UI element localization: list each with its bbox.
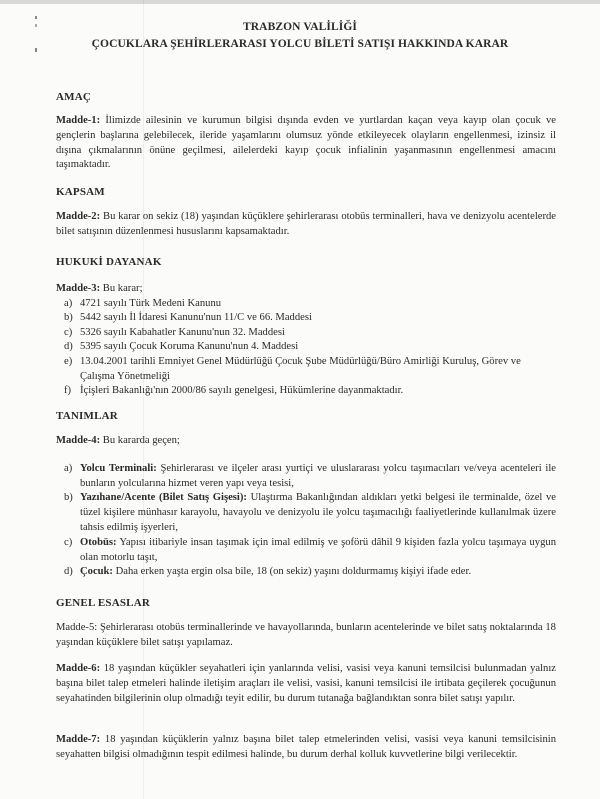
article-3: Madde-3: Bu karar; a)4721 sayılı Türk Me…	[56, 282, 556, 399]
article-label: Madde-1:	[56, 115, 100, 126]
article-label: Madde-2:	[56, 211, 100, 222]
legal-basis-item: c)5326 sayılı Kabahatler Kanunu'nun 32. …	[56, 326, 556, 341]
list-marker: b)	[64, 491, 73, 506]
list-marker: c)	[64, 536, 72, 551]
article-text: 18 yaşından küçüklerin yalnız başına bil…	[56, 734, 556, 760]
list-text: 5395 sayılı Çocuk Koruma Kanunu'nun 4. M…	[80, 341, 298, 352]
list-marker: a)	[64, 462, 72, 477]
legal-basis-item: b)5442 sayılı İl İdaresi Kanunu'nun 11/C…	[56, 311, 556, 326]
list-marker: a)	[64, 297, 72, 312]
document-issuer: TRABZON VALİLİĞİ	[0, 21, 600, 33]
article-intro: Bu karar;	[103, 283, 143, 294]
definition-term: Çocuk:	[80, 566, 113, 577]
section-heading-hukuki-dayanak: HUKUKİ DAYANAK	[56, 256, 162, 268]
list-text: 4721 sayılı Türk Medeni Kanunu	[80, 298, 221, 309]
margin-mark	[35, 16, 37, 19]
article-label: Madde-4:	[56, 435, 100, 446]
list-marker: d)	[64, 565, 73, 580]
legal-basis-item: f)İçişleri Bakanlığı'nın 2000/86 sayılı …	[56, 384, 556, 399]
definition-text: Yapısı itibariyle insan taşımak için ima…	[80, 537, 556, 563]
article-text: İlimizde ailesinin ve kurumun bilgisi dı…	[56, 115, 556, 170]
list-text: İçişleri Bakanlığı'nın 2000/86 sayılı ge…	[80, 385, 403, 396]
list-text: 5326 sayılı Kabahatler Kanunu'nun 32. Ma…	[80, 327, 285, 338]
article-text: Şehirlerarası otobüs terminallerinde ve …	[56, 622, 556, 648]
list-marker: d)	[64, 340, 73, 355]
article-label: Madde-5:	[56, 622, 97, 633]
definition-item: b)Yazıhane/Acente (Bilet Satış Gişesi): …	[56, 491, 556, 535]
article-1: Madde-1: İlimizde ailesinin ve kurumun b…	[56, 114, 556, 173]
definition-item: c)Otobüs: Yapısı itibariyle insan taşıma…	[56, 536, 556, 566]
article-2: Madde-2: Bu karar on sekiz (18) yaşından…	[56, 210, 556, 240]
definition-item: d)Çocuk: Daha erken yaşta ergin olsa bil…	[56, 565, 556, 580]
document-title: ÇOCUKLARA ŞEHİRLERARASI YOLCU BİLETİ SAT…	[20, 38, 580, 50]
section-heading-kapsam: KAPSAM	[56, 186, 105, 198]
definition-term: Yolcu Terminali:	[80, 463, 157, 474]
article-label: Madde-7:	[56, 734, 100, 745]
definition-item: a)Yolcu Terminali: Şehirlerarası ve ilçe…	[56, 462, 556, 492]
section-heading-genel-esaslar: GENEL ESASLAR	[56, 597, 150, 609]
article-5: Madde-5: Şehirlerarası otobüs terminalle…	[56, 621, 556, 651]
definition-term: Otobüs:	[80, 537, 117, 548]
article-label: Madde-6:	[56, 663, 100, 674]
article-text: 18 yaşından küçükler seyahatleri için ya…	[56, 663, 556, 704]
list-marker: b)	[64, 311, 73, 326]
list-text: 5442 sayılı İl İdaresi Kanunu'nun 11/C v…	[80, 312, 312, 323]
document-page: TRABZON VALİLİĞİ ÇOCUKLARA ŞEHİRLERARASI…	[0, 0, 600, 799]
legal-basis-item: e)13.04.2001 tarihli Emniyet Genel Müdür…	[56, 355, 556, 384]
list-text: 13.04.2001 tarihli Emniyet Genel Müdürlü…	[80, 356, 521, 382]
list-marker: e)	[64, 355, 72, 370]
article-7: Madde-7: 18 yaşından küçüklerin yalnız b…	[56, 733, 556, 763]
list-marker: c)	[64, 326, 72, 341]
legal-basis-item: d)5395 sayılı Çocuk Koruma Kanunu'nun 4.…	[56, 340, 556, 355]
scan-top-edge	[0, 0, 600, 4]
article-label: Madde-3:	[56, 283, 100, 294]
legal-basis-list: a)4721 sayılı Türk Medeni Kanunub)5442 s…	[56, 297, 556, 399]
section-heading-amac: AMAÇ	[56, 91, 91, 103]
definition-term: Yazıhane/Acente (Bilet Satış Gişesi):	[80, 492, 247, 503]
article-6: Madde-6: 18 yaşından küçükler seyahatler…	[56, 662, 556, 706]
section-heading-tanimlar: TANIMLAR	[56, 410, 118, 422]
list-marker: f)	[64, 384, 71, 399]
definition-text: Daha erken yaşta ergin olsa bile, 18 (on…	[116, 566, 471, 577]
legal-basis-item: a)4721 sayılı Türk Medeni Kanunu	[56, 297, 556, 312]
definitions-list: a)Yolcu Terminali: Şehirlerarası ve ilçe…	[56, 462, 556, 580]
article-4: Madde-4: Bu kararda geçen; a)Yolcu Termi…	[56, 434, 556, 580]
article-text: Bu karar on sekiz (18) yaşından küçükler…	[56, 211, 556, 237]
article-intro: Bu kararda geçen;	[103, 435, 180, 446]
